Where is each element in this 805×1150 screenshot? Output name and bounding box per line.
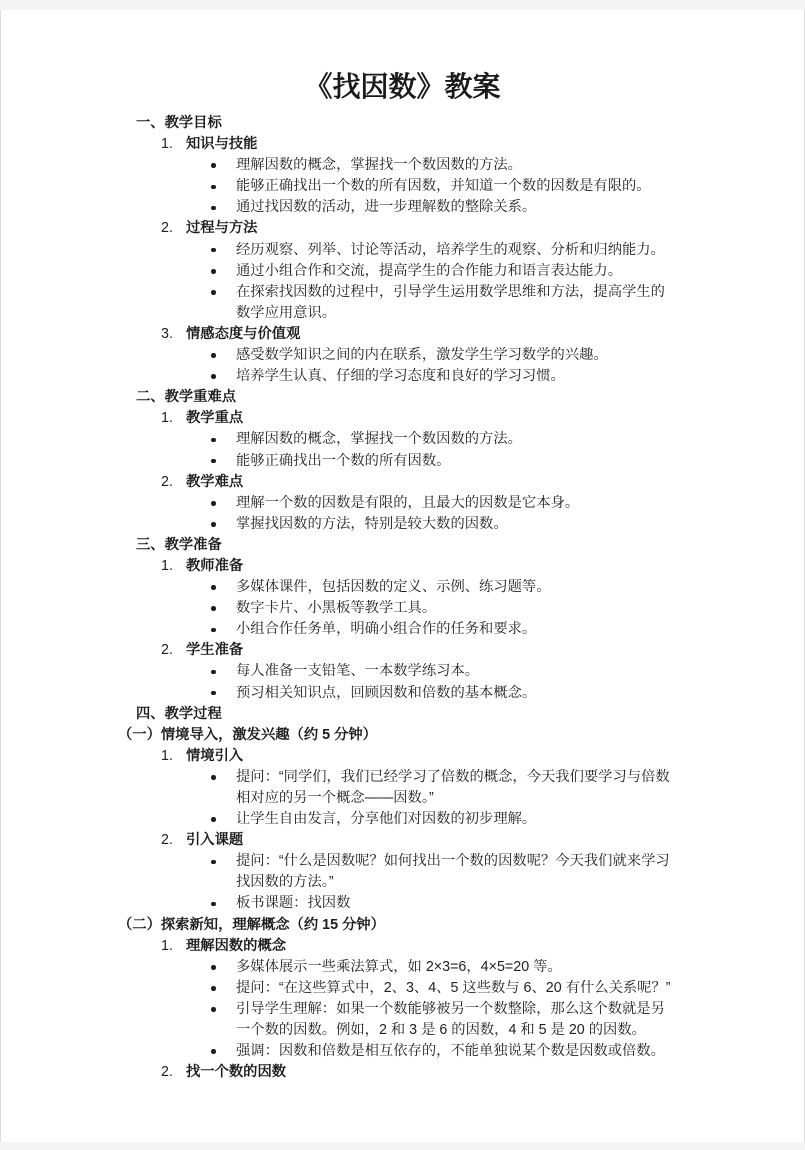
bullet-icon: [211, 902, 216, 907]
bullet-item: 强调：因数和倍数是相互依存的，不能单独说某个数是因数或倍数。: [236, 1041, 804, 1062]
bullet-icon: [211, 606, 216, 611]
bullet-text: 通过小组合作和交流，提高学生的合作能力和语言表达能力。: [236, 261, 804, 282]
bullet-text: 多媒体展示一些乘法算式，如 2×3=6，4×5=20 等。: [236, 957, 804, 978]
bullet-icon: [211, 628, 216, 633]
bullet-text: 小组合作任务单，明确小组合作的任务和要求。: [236, 619, 804, 640]
bullet-text: 多媒体课件，包括因数的定义、示例、练习题等。: [236, 577, 804, 598]
bullet-icon: [211, 459, 216, 464]
bullet-icon: [211, 965, 216, 970]
bullet-text: 掌握找因数的方法，特别是较大数的因数。: [236, 514, 804, 535]
bullet-item: 数字卡片、小黑板等教学工具。: [236, 598, 804, 619]
bullet-text: 感受数学知识之间的内在联系，激发学生学习数学的兴趣。: [236, 345, 804, 366]
item-number: 2.: [161, 1062, 186, 1083]
numbered-item: 2.过程与方法: [161, 218, 804, 239]
bullet-icon: [211, 1007, 216, 1012]
item-label: 引入课题: [186, 832, 243, 848]
bullet-text: 让学生自由发言，分享他们对因数的初步理解。: [236, 809, 804, 830]
bullet-text: 能够正确找出一个数的所有因数。: [236, 451, 804, 472]
bullet-item: 小组合作任务单，明确小组合作的任务和要求。: [236, 619, 804, 640]
section-heading: 一、教学目标: [136, 113, 804, 134]
bullet-icon: [211, 248, 216, 253]
numbered-item: 2.教学难点: [161, 472, 804, 493]
item-number: 2.: [161, 472, 186, 493]
bullet-text: 提问：“在这些算式中，2、3、4、5 这些数与 6、20 有什么关系呢？”: [236, 978, 804, 999]
bullet-icon: [211, 522, 216, 527]
item-label: 教学难点: [186, 474, 243, 490]
bullet-icon: [211, 206, 216, 211]
bullet-icon: [211, 501, 216, 506]
section-heading: 三、教学准备: [136, 535, 804, 556]
stage-heading: （二）探索新知，理解概念（约 15 分钟）: [118, 915, 804, 936]
bullet-icon: [211, 691, 216, 696]
bullet-text: 理解因数的概念，掌握找一个数因数的方法。: [236, 155, 804, 176]
item-label: 知识与技能: [186, 136, 257, 152]
document-body: 一、教学目标1.知识与技能理解因数的概念，掌握找一个数因数的方法。能够正确找出一…: [1, 113, 804, 1083]
item-number: 3.: [161, 324, 186, 345]
bullet-item: 每人准备一支铅笔、一本数学练习本。: [236, 661, 804, 682]
bullet-item: 理解因数的概念，掌握找一个数因数的方法。: [236, 155, 804, 176]
bullet-text: 板书课题：找因数: [236, 893, 804, 914]
bullet-icon: [211, 290, 216, 295]
numbered-item: 3.情感态度与价值观: [161, 324, 804, 345]
item-number: 2.: [161, 830, 186, 851]
numbered-item: 1.情境引入: [161, 746, 804, 767]
bullet-item: 引导学生理解：如果一个数能够被另一个数整除，那么这个数就是另 一个数的因数。例如…: [236, 999, 804, 1041]
numbered-item: 1.教学重点: [161, 408, 804, 429]
bullet-item: 预习相关知识点，回顾因数和倍数的基本概念。: [236, 683, 804, 704]
bullet-text: 理解一个数的因数是有限的，且最大的因数是它本身。: [236, 493, 804, 514]
bullet-item: 通过找因数的活动，进一步理解数的整除关系。: [236, 197, 804, 218]
item-label: 学生准备: [186, 642, 243, 658]
numbered-item: 2.学生准备: [161, 640, 804, 661]
item-number: 1.: [161, 746, 186, 767]
bullet-text: 数字卡片、小黑板等教学工具。: [236, 598, 804, 619]
stage-heading: （一）情境导入，激发兴趣（约 5 分钟）: [118, 725, 804, 746]
numbered-item: 1.知识与技能: [161, 134, 804, 155]
bullet-icon: [211, 438, 216, 443]
bullet-icon: [211, 185, 216, 190]
document-page: 《找因数》教案 一、教学目标1.知识与技能理解因数的概念，掌握找一个数因数的方法…: [0, 10, 805, 1142]
bullet-item: 理解因数的概念，掌握找一个数因数的方法。: [236, 429, 804, 450]
bullet-item: 提问：“什么是因数呢？如何找出一个数的因数呢？今天我们就来学习 找因数的方法。”: [236, 851, 804, 893]
numbered-item: 2.找一个数的因数: [161, 1062, 804, 1083]
item-label: 情境引入: [186, 748, 243, 764]
section-heading: 二、教学重难点: [136, 387, 804, 408]
bullet-text: 每人准备一支铅笔、一本数学练习本。: [236, 661, 804, 682]
item-number: 1.: [161, 556, 186, 577]
bullet-icon: [211, 670, 216, 675]
item-number: 2.: [161, 640, 186, 661]
bullet-item: 经历观察、列举、讨论等活动，培养学生的观察、分析和归纳能力。: [236, 240, 804, 261]
section-heading: 四、教学过程: [136, 704, 804, 725]
bullet-icon: [211, 374, 216, 379]
bullet-icon: [211, 269, 216, 274]
bullet-icon: [211, 775, 216, 780]
bullet-item: 能够正确找出一个数的所有因数，并知道一个数的因数是有限的。: [236, 176, 804, 197]
item-number: 1.: [161, 408, 186, 429]
item-number: 2.: [161, 218, 186, 239]
item-number: 1.: [161, 134, 186, 155]
bullet-icon: [211, 353, 216, 358]
item-number: 1.: [161, 936, 186, 957]
bullet-text: 经历观察、列举、讨论等活动，培养学生的观察、分析和归纳能力。: [236, 240, 804, 261]
bullet-item: 感受数学知识之间的内在联系，激发学生学习数学的兴趣。: [236, 345, 804, 366]
bullet-icon: [211, 817, 216, 822]
bullet-item: 多媒体课件，包括因数的定义、示例、练习题等。: [236, 577, 804, 598]
numbered-item: 2.引入课题: [161, 830, 804, 851]
bullet-icon: [211, 986, 216, 991]
bullet-text: 在探索找因数的过程中，引导学生运用数学思维和方法，提高学生的 数学应用意识。: [236, 282, 804, 324]
numbered-item: 1.教师准备: [161, 556, 804, 577]
bullet-item: 让学生自由发言，分享他们对因数的初步理解。: [236, 809, 804, 830]
bullet-item: 能够正确找出一个数的所有因数。: [236, 451, 804, 472]
bullet-text: 预习相关知识点，回顾因数和倍数的基本概念。: [236, 683, 804, 704]
bullet-icon: [211, 163, 216, 168]
bullet-text: 引导学生理解：如果一个数能够被另一个数整除，那么这个数就是另 一个数的因数。例如…: [236, 999, 804, 1041]
item-label: 理解因数的概念: [186, 938, 286, 954]
bullet-text: 提问：“什么是因数呢？如何找出一个数的因数呢？今天我们就来学习 找因数的方法。”: [236, 851, 804, 893]
bullet-icon: [211, 585, 216, 590]
bullet-text: 提问：“同学们，我们已经学习了倍数的概念，今天我们要学习与倍数 相对应的另一个概…: [236, 767, 804, 809]
bullet-text: 通过找因数的活动，进一步理解数的整除关系。: [236, 197, 804, 218]
bullet-item: 提问：“同学们，我们已经学习了倍数的概念，今天我们要学习与倍数 相对应的另一个概…: [236, 767, 804, 809]
item-label: 情感态度与价值观: [186, 326, 300, 342]
bullet-item: 通过小组合作和交流，提高学生的合作能力和语言表达能力。: [236, 261, 804, 282]
document-title: 《找因数》教案: [1, 10, 804, 105]
bullet-icon: [211, 1049, 216, 1054]
bullet-item: 板书课题：找因数: [236, 893, 804, 914]
item-label: 教学重点: [186, 410, 243, 426]
item-label: 教师准备: [186, 558, 243, 574]
bullet-item: 培养学生认真、仔细的学习态度和良好的学习习惯。: [236, 366, 804, 387]
item-label: 找一个数的因数: [186, 1064, 286, 1080]
bullet-item: 在探索找因数的过程中，引导学生运用数学思维和方法，提高学生的 数学应用意识。: [236, 282, 804, 324]
bullet-item: 理解一个数的因数是有限的，且最大的因数是它本身。: [236, 493, 804, 514]
bullet-item: 提问：“在这些算式中，2、3、4、5 这些数与 6、20 有什么关系呢？”: [236, 978, 804, 999]
bullet-text: 理解因数的概念，掌握找一个数因数的方法。: [236, 429, 804, 450]
bullet-text: 培养学生认真、仔细的学习态度和良好的学习习惯。: [236, 366, 804, 387]
bullet-item: 多媒体展示一些乘法算式，如 2×3=6，4×5=20 等。: [236, 957, 804, 978]
item-label: 过程与方法: [186, 220, 257, 236]
bullet-item: 掌握找因数的方法，特别是较大数的因数。: [236, 514, 804, 535]
bullet-text: 强调：因数和倍数是相互依存的，不能单独说某个数是因数或倍数。: [236, 1041, 804, 1062]
numbered-item: 1.理解因数的概念: [161, 936, 804, 957]
bullet-text: 能够正确找出一个数的所有因数，并知道一个数的因数是有限的。: [236, 176, 804, 197]
bullet-icon: [211, 860, 216, 865]
